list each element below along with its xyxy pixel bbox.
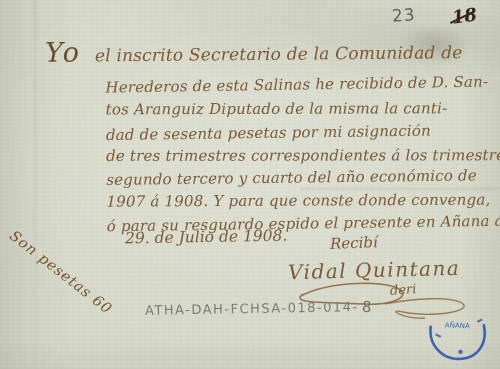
body-line: tos Aranguiz Diputado de la misma la can… [106,99,448,118]
body-line: Yoel inscrito Secretario de la Comunidad… [45,34,463,69]
document-page: 23 18 Yoel inscrito Secretario de la Com… [0,0,500,369]
body-line: 1907 á 1908. Y para que conste donde con… [106,191,490,211]
pencil-page-number: 23 [391,5,416,27]
ink-folio-number: 18 [451,4,479,28]
body-line: segundo tercero y cuarto del año económi… [106,166,477,189]
date-line: 29. de Julio de 1908. [125,227,288,248]
margin-amount-note: Son pesetas 60 [6,228,115,318]
paper-crease-vertical [34,0,36,369]
catalog-number-suffix: 8 [361,298,372,317]
body-line: dad de sesenta pesetas por mi asignación [106,122,431,145]
body-line-text: el inscrito Secretario de la Comunidad d… [95,43,463,66]
archive-stamp: AÑANA [421,305,495,369]
rubric-word: deri [390,282,417,299]
body-line: de tres trimestres correspondientes á lo… [106,146,500,165]
received-label: Recibí [330,233,378,253]
opening-word: Yo [45,37,81,68]
stamp-text: AÑANA [445,320,470,330]
body-line: Herederos de esta Salinas he recibido de… [105,73,488,97]
